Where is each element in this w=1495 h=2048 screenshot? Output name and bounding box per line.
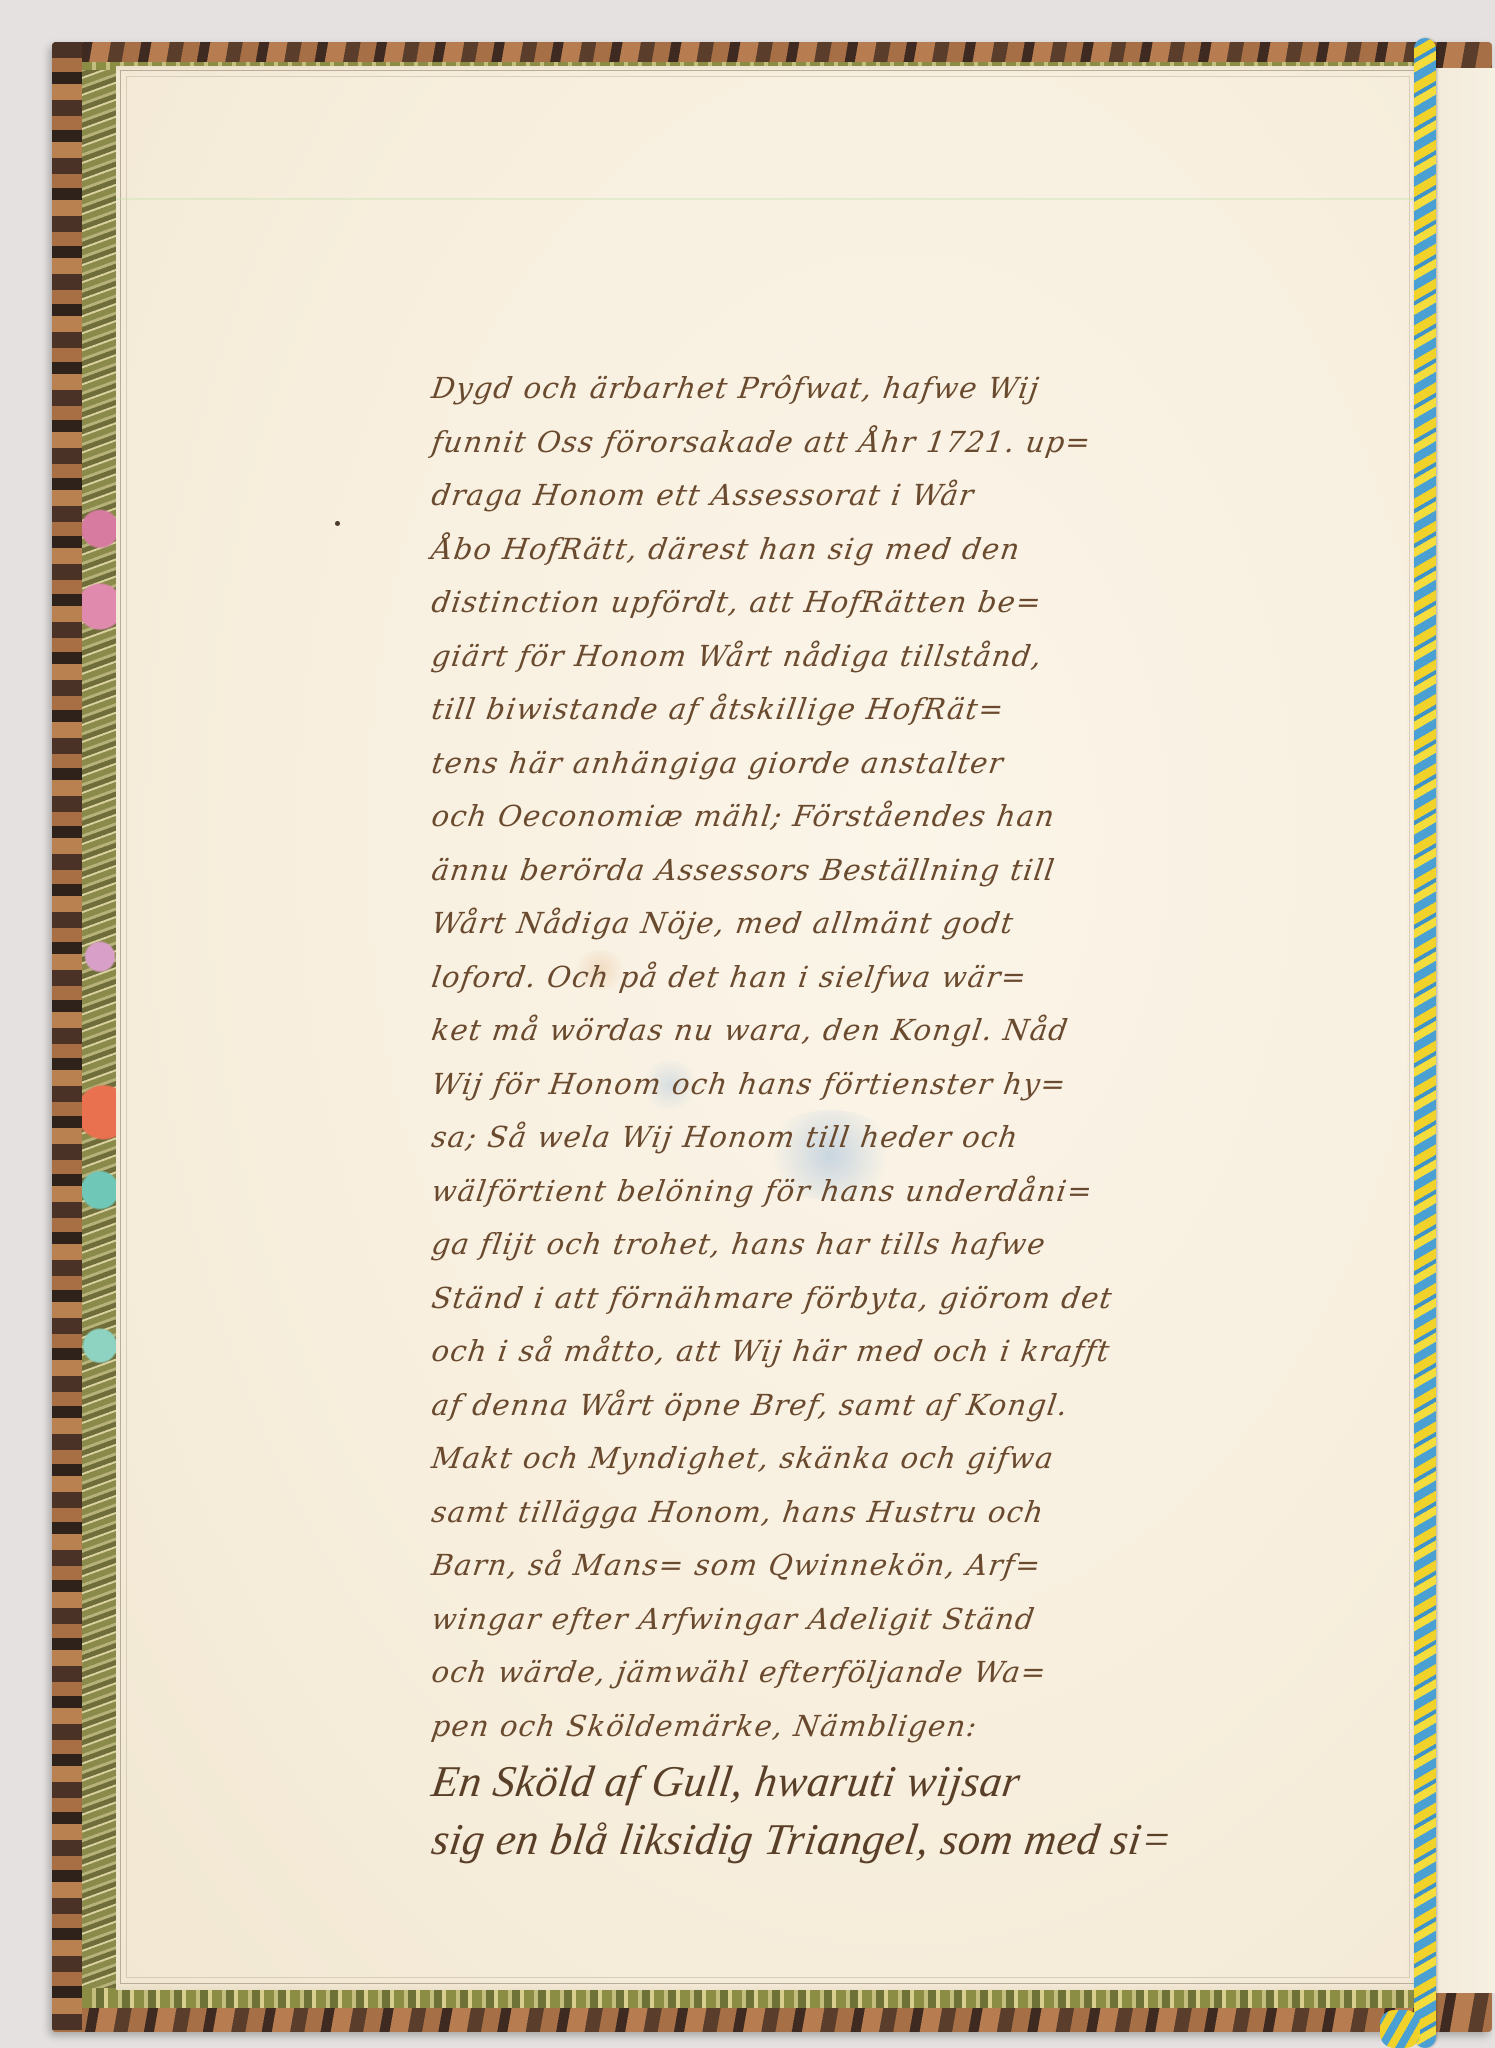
text-line: och i så måtto, att Wij här med och i kr… <box>428 1325 1276 1379</box>
calligraphy-line: En Sköld af Gull, hwaruti wijsar <box>428 1753 1276 1811</box>
text-line: wingar efter Arfwingar Adeligit Ständ <box>428 1593 1276 1647</box>
scan-artifact-line <box>116 198 1422 200</box>
text-line: tens här anhängiga giorde anstalter <box>428 737 1276 791</box>
text-line: pen och Sköldemärke, Nämbligen: <box>428 1700 1276 1754</box>
text-line: samt tillägga Honom, hans Hustru och <box>428 1486 1276 1540</box>
book-spine-edge <box>52 42 82 2032</box>
text-line: funnit Oss förorsakade att Åhr 1721. up= <box>428 416 1276 470</box>
text-line: Ständ i att förnähmare förbyta, giörom d… <box>428 1272 1276 1326</box>
text-line: Dygd och ärbarhet Prôfwat, hafwe Wij <box>428 362 1276 416</box>
text-line: till biwistande af åtskillige HofRät= <box>428 683 1276 737</box>
text-line: Wårt Nådiga Nöje, med allmänt godt <box>428 897 1276 951</box>
text-line: af denna Wårt öpne Bref, samt af Kongl. <box>428 1379 1276 1433</box>
marbled-endpaper-left <box>82 62 118 2007</box>
text-line: Wij för Honom och hans förtienster hy= <box>428 1058 1276 1112</box>
calligraphy-line: sig en blå liksidig Triangel, som med si… <box>428 1811 1276 1869</box>
text-line: draga Honom ett Assessorat i Wår <box>428 469 1276 523</box>
text-line: Makt och Myndighet, skänka och gifwa <box>428 1432 1276 1486</box>
marbled-endpaper-bottom <box>82 1988 1422 2008</box>
text-line: giärt för Honom Wårt nådiga tillstånd, <box>428 630 1276 684</box>
text-line: ga flijt och trohet, hans har tills hafw… <box>428 1218 1276 1272</box>
ink-dot <box>335 521 340 526</box>
text-line: ket må wördas nu wara, den Kongl. Nåd <box>428 1004 1276 1058</box>
text-line: loford. Och på det han i sielfwa wär= <box>428 951 1276 1005</box>
handwritten-text: Dygd och ärbarhet Prôfwat, hafwe Wij fun… <box>428 362 1268 1869</box>
text-line: distinction upfördt, att HofRätten be= <box>428 576 1276 630</box>
text-line: och wärde, jämwähl efterföljande Wa= <box>428 1646 1276 1700</box>
text-line: Åbo HofRätt, därest han sig med den <box>428 523 1276 577</box>
text-line: Barn, så Mans= som Qwinnekön, Arf= <box>428 1539 1276 1593</box>
text-line: och Oeconomiæ mähl; Förståendes han <box>428 790 1276 844</box>
text-line: wälförtient belöning för hans underdåni= <box>428 1165 1276 1219</box>
braided-cord <box>1414 38 1436 2048</box>
text-line: sa; Så wela Wij Honom till heder och <box>428 1111 1276 1165</box>
braided-cord-tail <box>1380 2010 1420 2048</box>
text-line: ännu berörda Assessors Beställning till <box>428 844 1276 898</box>
